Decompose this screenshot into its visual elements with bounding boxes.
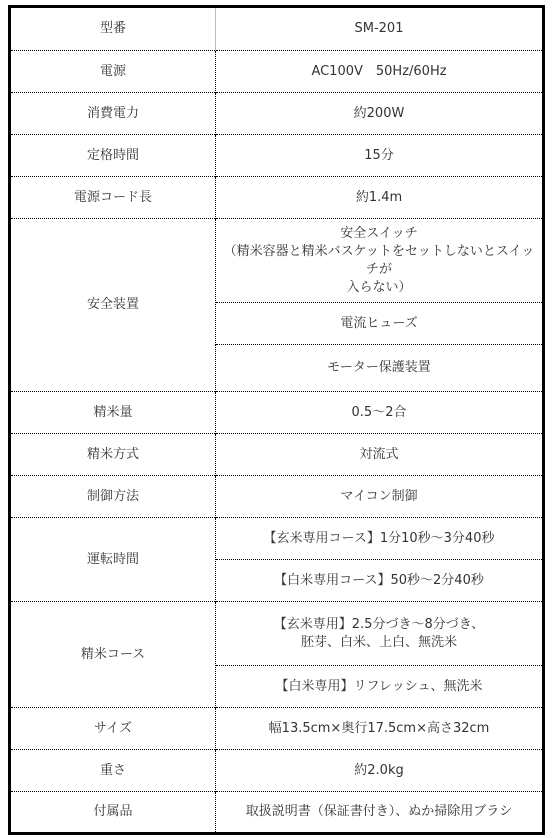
spec-label: 安全装置 (10, 219, 216, 392)
spec-label: 精米量 (10, 392, 216, 434)
spec-value: 電流ヒューズ (216, 303, 544, 345)
spec-value: 約2.0kg (216, 750, 544, 792)
spec-row: 精米方式対流式 (10, 434, 544, 476)
spec-row: 重さ約2.0kg (10, 750, 544, 792)
spec-value: 幅13.5cm×奥行17.5cm×高さ32cm (216, 708, 544, 750)
spec-value: 対流式 (216, 434, 544, 476)
spec-value: 【白米専用】リフレッシュ、無洗米 (216, 666, 544, 708)
spec-row: 電源コード長約1.4m (10, 177, 544, 219)
spec-label: 精米コース (10, 602, 216, 708)
spec-row: 制御方法マイコン制御 (10, 476, 544, 518)
spec-row: 精米量0.5～2合 (10, 392, 544, 434)
spec-row: 精米コース【玄米専用】2.5分づき～8分づき、胚芽、白米、上白、無洗米 (10, 602, 544, 666)
spec-label: 精米方式 (10, 434, 216, 476)
spec-table-body: 型番SM-201電源AC100V 50Hz/60Hz消費電力約200W定格時間1… (10, 7, 544, 834)
spec-value: 約1.4m (216, 177, 544, 219)
spec-row: 消費電力約200W (10, 93, 544, 135)
spec-table: 型番SM-201電源AC100V 50Hz/60Hz消費電力約200W定格時間1… (8, 5, 545, 835)
spec-row: 安全装置安全スイッチ（精米容器と精米バスケットをセットしないとスイッチが入らない… (10, 219, 544, 303)
spec-value: 【白米専用コース】50秒～2分40秒 (216, 560, 544, 602)
spec-value-line: 安全スイッチ (222, 225, 536, 243)
spec-label: 運転時間 (10, 518, 216, 602)
spec-label: 電源 (10, 51, 216, 93)
spec-row: 型番SM-201 (10, 7, 544, 51)
spec-value: モーター保護装置 (216, 345, 544, 392)
spec-label: 制御方法 (10, 476, 216, 518)
spec-label: 電源コード長 (10, 177, 216, 219)
spec-value: 【玄米専用コース】1分10秒～3分40秒 (216, 518, 544, 560)
spec-label: 定格時間 (10, 135, 216, 177)
spec-value: マイコン制御 (216, 476, 544, 518)
spec-row: 運転時間【玄米専用コース】1分10秒～3分40秒 (10, 518, 544, 560)
spec-label: 付属品 (10, 792, 216, 834)
spec-value-line: （精米容器と精米バスケットをセットしないとスイッチが (222, 243, 536, 279)
spec-value: 取扱説明書（保証書付き）、ぬか掃除用ブラシ (216, 792, 544, 834)
spec-value: 約200W (216, 93, 544, 135)
spec-value: 安全スイッチ（精米容器と精米バスケットをセットしないとスイッチが入らない） (216, 219, 544, 303)
spec-label: 型番 (10, 7, 216, 51)
spec-row: 定格時間15分 (10, 135, 544, 177)
spec-value-line: 胚芽、白米、上白、無洗米 (222, 634, 536, 652)
spec-row: 付属品取扱説明書（保証書付き）、ぬか掃除用ブラシ (10, 792, 544, 834)
spec-label: サイズ (10, 708, 216, 750)
spec-value: 15分 (216, 135, 544, 177)
spec-value: 【玄米専用】2.5分づき～8分づき、胚芽、白米、上白、無洗米 (216, 602, 544, 666)
spec-row: サイズ幅13.5cm×奥行17.5cm×高さ32cm (10, 708, 544, 750)
spec-value: AC100V 50Hz/60Hz (216, 51, 544, 93)
spec-value-line: 入らない） (222, 279, 536, 297)
spec-value-line: 【玄米専用】2.5分づき～8分づき、 (222, 616, 536, 634)
spec-row: 電源AC100V 50Hz/60Hz (10, 51, 544, 93)
spec-value: SM-201 (216, 7, 544, 51)
spec-value: 0.5～2合 (216, 392, 544, 434)
spec-label: 重さ (10, 750, 216, 792)
spec-label: 消費電力 (10, 93, 216, 135)
